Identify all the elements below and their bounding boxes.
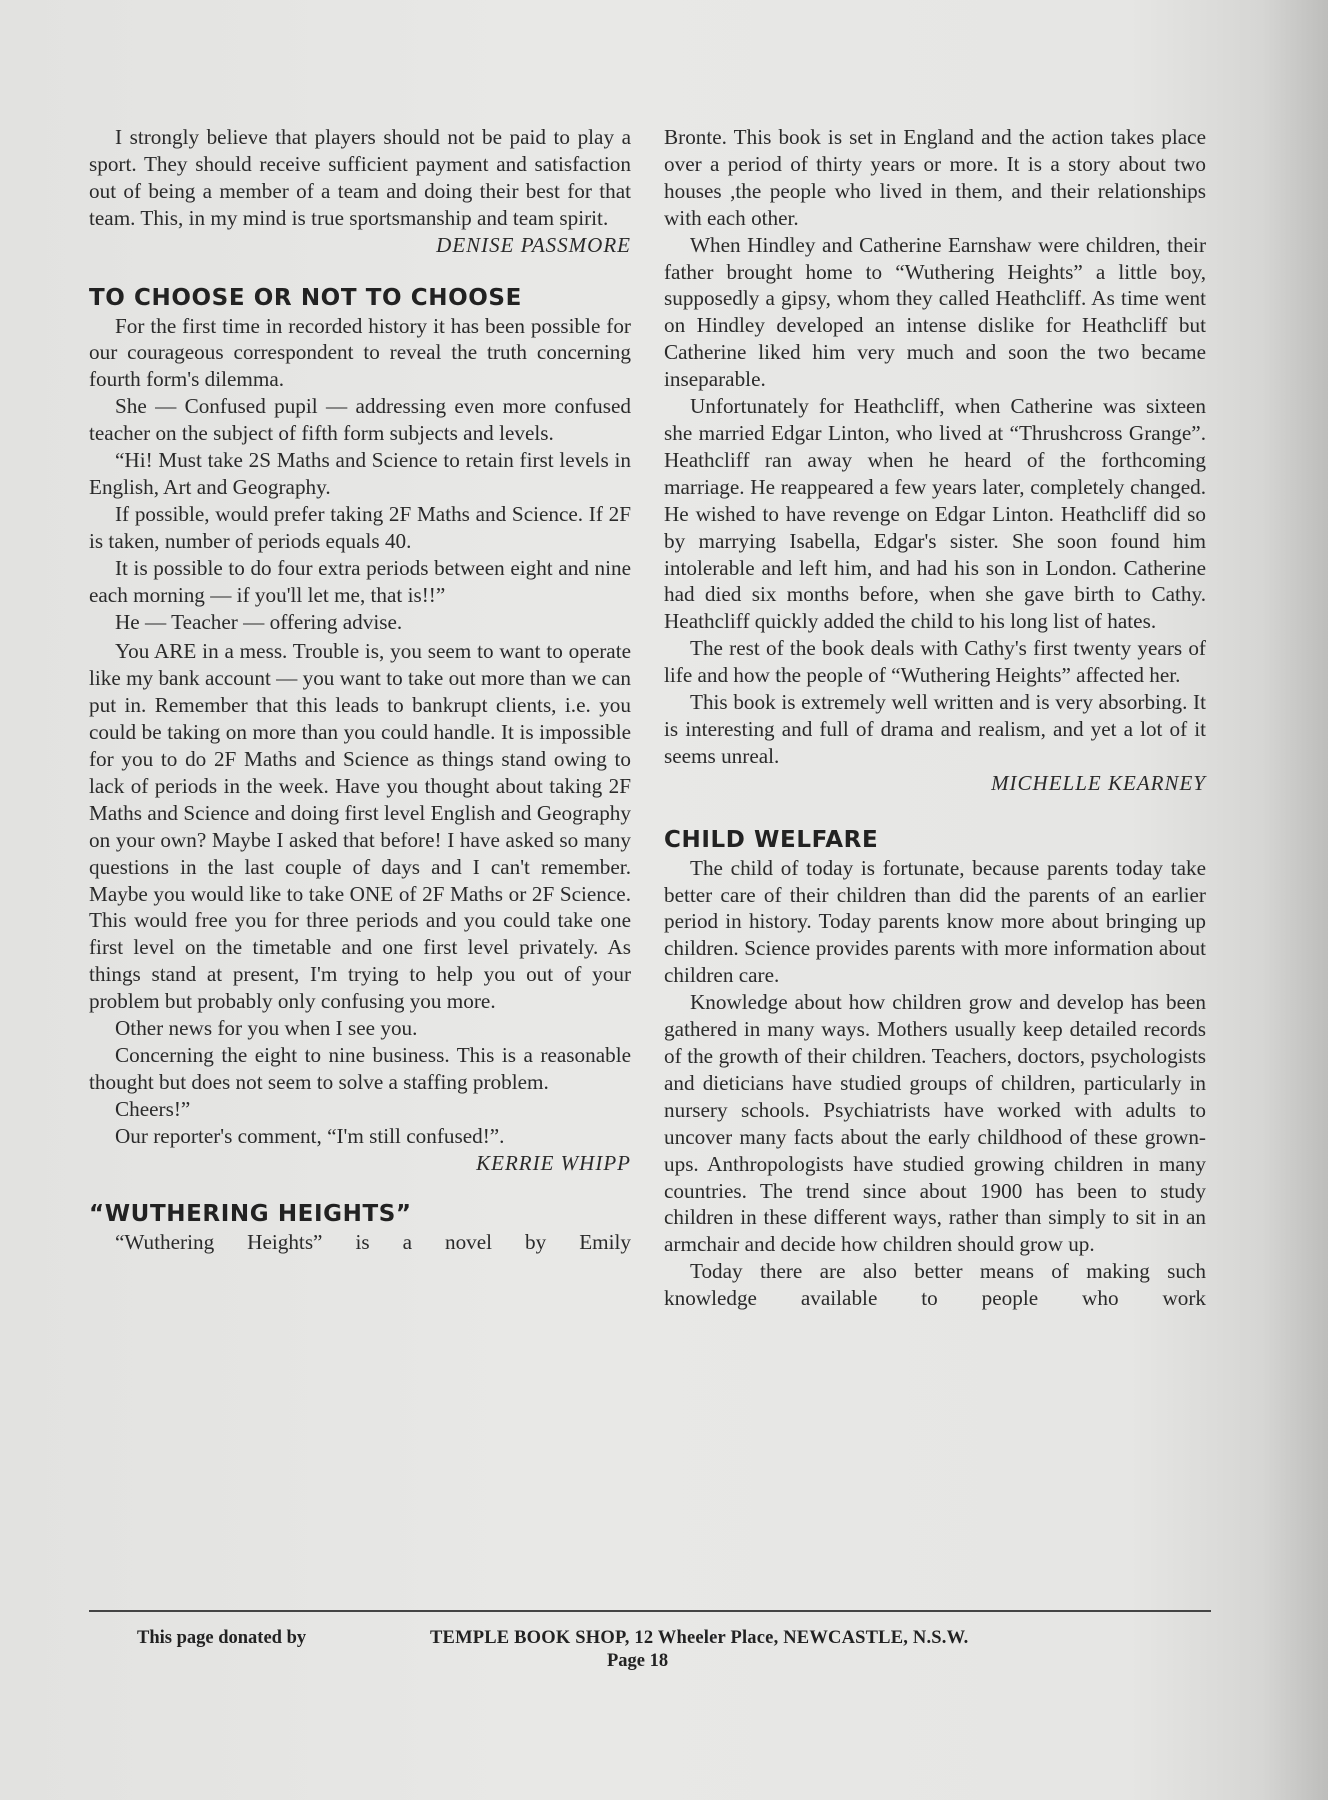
article1-paragraph: Cheers!”	[89, 1096, 631, 1123]
article3-paragraph: The child of today is fortunate, because…	[664, 855, 1206, 990]
article3-paragraph: Today there are also better means of mak…	[664, 1258, 1206, 1312]
article2-paragraph: This book is extremely well written and …	[664, 689, 1206, 770]
article-heading-wuthering-heights: “WUTHERING HEIGHTS”	[89, 1199, 631, 1229]
article2-byline: MICHELLE KEARNEY	[664, 770, 1206, 797]
article1-byline: KERRIE WHIPP	[89, 1150, 631, 1177]
article2-paragraph: The rest of the book deals with Cathy's …	[664, 635, 1206, 689]
intro-byline: DENISE PASSMORE	[89, 232, 631, 259]
article1-paragraph: You ARE in a mess. Trouble is, you seem …	[89, 638, 631, 1015]
article1-paragraph: She — Confused pupil — addressing even m…	[89, 393, 631, 447]
article2-paragraph: Unfortunately for Heathcliff, when Cathe…	[664, 393, 1206, 635]
article2-paragraph: When Hindley and Catherine Earnshaw were…	[664, 232, 1206, 393]
right-column: Bronte. This book is set in England and …	[664, 124, 1206, 1312]
article3-paragraph: Knowledge about how children grow and de…	[664, 989, 1206, 1258]
article-heading-to-choose: TO CHOOSE OR NOT TO CHOOSE	[89, 283, 631, 313]
article1-paragraph: “Hi! Must take 2S Maths and Science to r…	[89, 447, 631, 501]
article1-paragraph: If possible, would prefer taking 2F Math…	[89, 501, 631, 555]
article-heading-child-welfare: CHILD WELFARE	[664, 825, 1206, 855]
article2-paragraph: Bronte. This book is set in England and …	[664, 124, 1206, 232]
article2-first-line: “Wuthering Heights” is a novel by Emily	[89, 1229, 631, 1256]
page-number: Page 18	[607, 1651, 668, 1672]
article1-paragraph: Our reporter's comment, “I'm still confu…	[89, 1123, 631, 1150]
article1-paragraph: For the first time in recorded history i…	[89, 313, 631, 394]
donated-by-label: This page donated by	[137, 1628, 306, 1649]
footer-divider	[89, 1610, 1211, 1612]
article1-paragraph: Concerning the eight to nine business. T…	[89, 1042, 631, 1096]
article1-paragraph: He — Teacher — offering advise.	[89, 609, 631, 636]
intro-paragraph: I strongly believe that players should n…	[89, 124, 631, 232]
sponsor-name: TEMPLE BOOK SHOP, 12 Wheeler Place, NEWC…	[430, 1628, 968, 1649]
article1-paragraph: Other news for you when I see you.	[89, 1015, 631, 1042]
article1-paragraph: It is possible to do four extra periods …	[89, 555, 631, 609]
left-column: I strongly believe that players should n…	[89, 124, 631, 1255]
